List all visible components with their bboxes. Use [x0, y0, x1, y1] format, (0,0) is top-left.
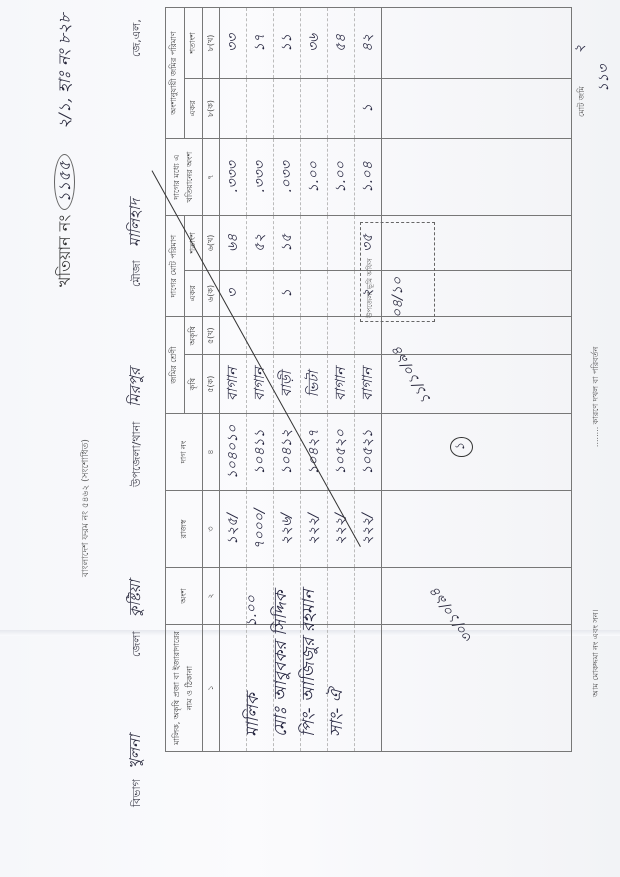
- footer: আম মোকদ্দমা নং এবং সন। ........ কারণে দখ…: [590, 347, 603, 697]
- table-cell: [355, 625, 382, 752]
- cell-decimal: ১৫: [279, 234, 295, 252]
- cell-class: বাগান: [252, 367, 268, 400]
- table-cell: [274, 317, 301, 355]
- cell-revenue: ২২৬/: [279, 513, 295, 545]
- header-agri: কৃষি: [184, 355, 203, 414]
- table-row: ২২২/১০৫২১বাগান২৩৫১.০৪১৪২: [355, 8, 382, 752]
- column-number-row: ১ ২ ৩ ৪ ৫(ক) ৫(খ) ৬(ক) ৬(খ) ৭ ৮(ক) ৮(খ): [203, 8, 220, 752]
- khatian-label: খতিয়ান নং: [55, 215, 74, 287]
- cell-share: .৩৩৩: [252, 161, 268, 193]
- cell-p_decimal: ১১: [279, 34, 295, 52]
- cell-revenue: ১২৫/: [225, 513, 241, 545]
- office-stamp: উপজেলা ভূমি অফিস ০৪/১০: [360, 222, 435, 322]
- table-cell: ২২২/: [355, 491, 382, 568]
- table-row: ২২২/১০৫২০বাগান১.০০৫৪: [328, 8, 355, 752]
- table-cell: [355, 317, 382, 355]
- table-cell: ভিটা: [301, 355, 328, 414]
- location-row: বিভাগ খুলনা জেলা কুষ্টিয়া উপজেলা/থানা ম…: [128, 7, 158, 807]
- table-cell: ১১: [274, 8, 301, 79]
- table-cell: .০৩৩: [274, 139, 301, 216]
- header-dag-no: দাগ নং: [166, 414, 203, 491]
- col-num: ৪: [203, 414, 220, 491]
- cell-acre: ৩: [225, 289, 241, 298]
- col-num: ৩: [203, 491, 220, 568]
- cell-share: ১.০০: [333, 161, 349, 193]
- upazila-label: উপজেলা/থানা: [128, 422, 147, 487]
- cell-dag: ১০৪১২: [279, 429, 295, 474]
- table-cell: [328, 568, 355, 625]
- table-cell: ৫২: [247, 216, 274, 271]
- table-cell: ১: [274, 270, 301, 316]
- cell-dag: ১০৫২১: [360, 429, 376, 474]
- header-p-acre: একর: [184, 78, 203, 138]
- table-cell: [274, 78, 301, 138]
- table-cell: বাড়ী: [274, 355, 301, 414]
- cell-share: ১.০০: [306, 161, 322, 193]
- table-cell: [247, 270, 274, 316]
- table-cell: ১.০০: [301, 139, 328, 216]
- header-non-agri: অকৃষি: [184, 317, 203, 355]
- total-decimal: ১১৩: [596, 65, 612, 92]
- col-num: ৫(ক): [203, 355, 220, 414]
- header-decimal: শতাংশ: [184, 216, 203, 271]
- division-value: খুলনা: [124, 735, 149, 769]
- table-cell: ১০৪১১: [247, 414, 274, 491]
- total-acre: ২: [572, 45, 588, 54]
- table-cell: ৩৬: [301, 8, 328, 79]
- cell-dag: ১০৫২০: [333, 429, 349, 474]
- footer-left: আম মোকদ্দমা নং এবং সন।: [591, 610, 600, 697]
- mouza-label: মৌজা: [128, 260, 147, 287]
- cell-decimal: ৬৪: [225, 234, 241, 252]
- table-cell: [328, 78, 355, 138]
- cell-p_acre: ১: [360, 104, 376, 113]
- owner-line-2: মোঃ আবুবকর সিদ্দিক: [268, 590, 296, 737]
- header-proportional: অংশানুযায়ী জমির পরিমাণ: [166, 8, 185, 139]
- mouza-value: মালিহাদ: [124, 199, 149, 247]
- table-cell: ১৭: [247, 8, 274, 79]
- table-cell: ১.০০: [328, 139, 355, 216]
- cell-class: বাগান: [225, 367, 241, 400]
- col-num: ৬(খ): [203, 216, 220, 271]
- table-cell: ১: [355, 78, 382, 138]
- table-cell: ৪২: [355, 8, 382, 79]
- table-cell: ২২২/: [301, 491, 328, 568]
- total-land: মোট জমি ২ ১১৩: [568, 0, 616, 117]
- table-cell: [328, 216, 355, 271]
- table-cell: [301, 78, 328, 138]
- cell-revenue: ২২২/: [306, 513, 322, 545]
- col-num: ৫(খ): [203, 317, 220, 355]
- table-cell: .৩৩৩: [247, 139, 274, 216]
- table-cell: ৬৪: [220, 216, 247, 271]
- division-label: বিভাগ: [128, 779, 147, 807]
- table-cell: ১২৫/: [220, 491, 247, 568]
- khatian-form: বাংলাদেশ ফরম নং ৫৪৬২ (সংশোধিত) খতিয়ান ন…: [0, 0, 620, 877]
- table-cell: বাগান: [355, 355, 382, 414]
- col-num: ৮(খ): [203, 8, 220, 79]
- khatian-header: খতিয়ান নং ১১৫৫ ২/১, হাঃ নং ৮২৮: [52, 13, 79, 287]
- cell-revenue: ৭০০০/: [252, 508, 268, 549]
- table-cell: [328, 317, 355, 355]
- table-cell: [355, 568, 382, 625]
- header-acre: একর: [184, 270, 203, 316]
- owner-line-4: সাং- ঐ: [324, 689, 352, 737]
- table-cell: [301, 216, 328, 271]
- owner-line-3: পিং- আজিজুর রহমান: [296, 589, 324, 737]
- owner-line-1: মালিক: [240, 693, 268, 737]
- table-cell: ১৫: [274, 216, 301, 271]
- cell-p_decimal: ১৭: [252, 34, 268, 52]
- table-cell: ৫৪: [328, 8, 355, 79]
- cell-revenue: ২২২/: [360, 513, 376, 545]
- table-cell: ১০৫২১: [355, 414, 382, 491]
- cell-p_decimal: ৪২: [360, 34, 376, 52]
- header-owner: মালিক, অকৃষি প্রজা বা ইজারাদারের নাম ও ঠ…: [166, 625, 203, 752]
- table-cell: ৩৩: [220, 8, 247, 79]
- district-value: কুষ্টিয়া: [124, 580, 149, 617]
- col-num: ২: [203, 568, 220, 625]
- table-cell: [301, 270, 328, 316]
- share-value: ১.০০: [240, 595, 264, 627]
- table-cell: .৩৩৩: [220, 139, 247, 216]
- cell-class: বাগান: [333, 367, 349, 400]
- header-share: অংশ: [166, 568, 203, 625]
- table-cell: ১০৪০১০: [220, 414, 247, 491]
- table-cell: ৩: [220, 270, 247, 316]
- cell-class: বাগান: [360, 367, 376, 400]
- table-cell: বাগান: [328, 355, 355, 414]
- stamp-signature: ০৪/১০: [386, 226, 410, 318]
- table-cell: ১০৪১২: [274, 414, 301, 491]
- header-dag-total: দাগের মোট পরিমাণ: [166, 216, 185, 317]
- table-cell: [247, 78, 274, 138]
- table-cell: [220, 78, 247, 138]
- stamp-text: উপজেলা ভূমি অফিস: [364, 226, 376, 318]
- table-cell: ১০৫২০: [328, 414, 355, 491]
- table-cell: [328, 270, 355, 316]
- cell-class: বাড়ী: [279, 371, 295, 397]
- cell-dag: ১০৪১১: [252, 429, 268, 474]
- table-cell: ১.০৪: [355, 139, 382, 216]
- header-revenue: রাজস্ব: [166, 491, 203, 568]
- upazila-value: মিরপুর: [124, 368, 149, 407]
- district-label: জেলা: [128, 631, 147, 657]
- circled-number: ১: [450, 437, 473, 457]
- cell-acre: ১: [279, 289, 295, 298]
- cell-share: ১.০৪: [360, 161, 376, 193]
- cell-share: .৩৩৩: [225, 161, 241, 193]
- col-num: ১: [203, 625, 220, 752]
- cell-dag: ১০৪০১০: [225, 425, 241, 480]
- table-cell: বাগান: [220, 355, 247, 414]
- cell-p_decimal: ৩৬: [306, 34, 322, 52]
- khatian-number: ১১৫৫: [54, 154, 75, 210]
- cell-share: .০৩৩: [279, 161, 295, 193]
- form-number: বাংলাদেশ ফরম নং ৫৪৬২ (সংশোধিত): [78, 439, 93, 577]
- table-cell: ২২৬/: [274, 491, 301, 568]
- cell-decimal: ৫২: [252, 234, 268, 252]
- holding-number: ২/১, হাঃ নং ৮২৮: [55, 13, 74, 129]
- cell-p_decimal: ৫৪: [333, 34, 349, 52]
- footer-right: ........ কারণে দখল বা পরিবর্তন: [591, 347, 600, 447]
- header-land-class: জমির শ্রেণী: [166, 317, 185, 414]
- jl-label: জে,এল,: [128, 19, 147, 57]
- cell-class: ভিটা: [306, 371, 322, 397]
- col-num: ৭: [203, 139, 220, 216]
- table-cell: ৭০০০/: [247, 491, 274, 568]
- land-record-table: মালিক, অকৃষি প্রজা বা ইজারাদারের নাম ও ঠ…: [165, 7, 572, 752]
- cell-p_decimal: ৩৩: [225, 34, 241, 52]
- table-row: ১২৫/১০৪০১০বাগান৩৬৪.৩৩৩৩৩: [220, 8, 247, 752]
- cell-revenue: ২২২/: [333, 513, 349, 545]
- table-cell: [301, 317, 328, 355]
- total-label: মোট জমি: [577, 86, 586, 117]
- col-num: ৮(ক): [203, 78, 220, 138]
- header-p-decimal: শতাংশ: [184, 8, 203, 79]
